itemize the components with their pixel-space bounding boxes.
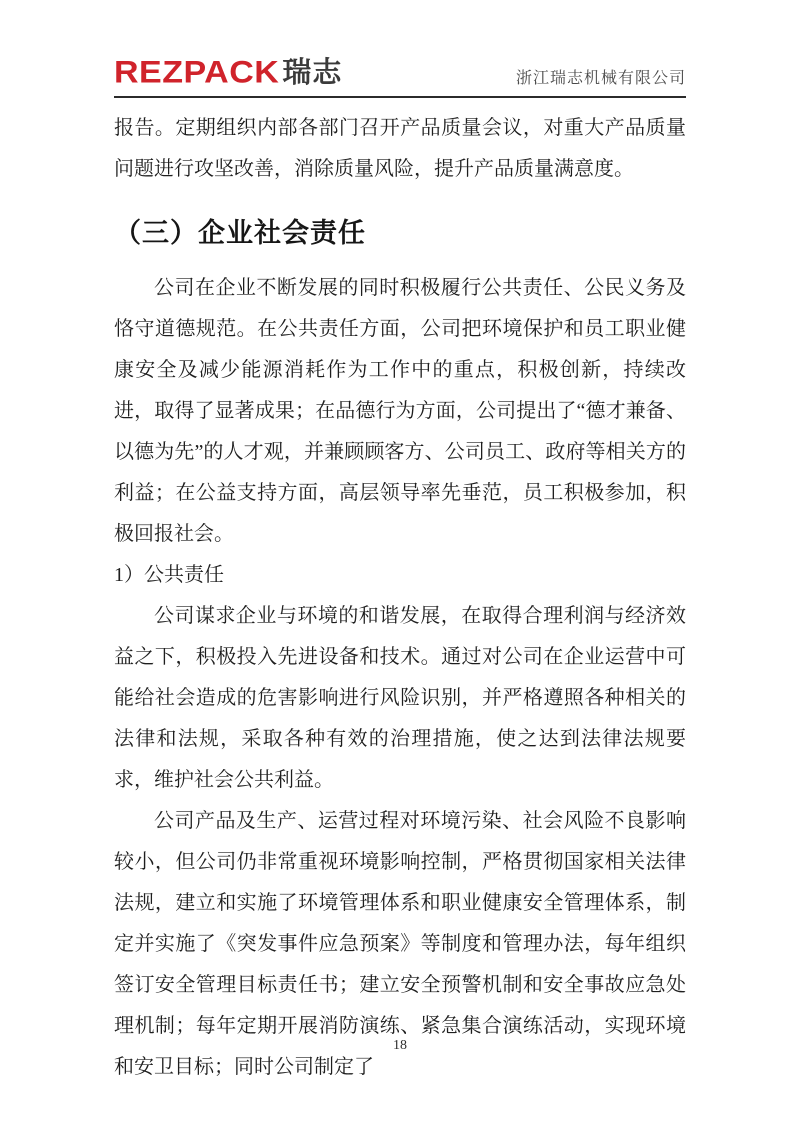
document-body: 报告。定期组织内部各部门召开产品质量会议，对重大产品质量问题进行攻坚改善，消除质…: [114, 108, 686, 1088]
page-header: REZPACK 瑞志 浙江瑞志机械有限公司: [114, 0, 686, 98]
paragraph: 公司谋求企业与环境的和谐发展，在取得合理利润与经济效益之下，积极投入先进设备和技…: [114, 596, 686, 801]
section-heading: （三）企业社会责任: [114, 215, 686, 251]
company-name: 浙江瑞志机械有限公司: [516, 65, 686, 91]
header-row: REZPACK 瑞志 浙江瑞志机械有限公司: [114, 50, 686, 98]
logo-wordmark-en: REZPACK: [114, 55, 279, 91]
paragraph-continued: 报告。定期组织内部各部门召开产品质量会议，对重大产品质量问题进行攻坚改善，消除质…: [114, 108, 686, 190]
subsection-heading: 1）公共责任: [114, 555, 686, 596]
page-footer: 18: [0, 1036, 800, 1054]
document-page: REZPACK 瑞志 浙江瑞志机械有限公司 报告。定期组织内部各部门召开产品质量…: [0, 0, 800, 1131]
paragraph: 公司在企业不断发展的同时积极履行公共责任、公民义务及恪守道德规范。在公共责任方面…: [114, 268, 686, 555]
logo-wordmark-cn: 瑞志: [282, 50, 342, 91]
page-number: 18: [393, 1038, 407, 1053]
company-logo: REZPACK 瑞志: [114, 50, 342, 91]
